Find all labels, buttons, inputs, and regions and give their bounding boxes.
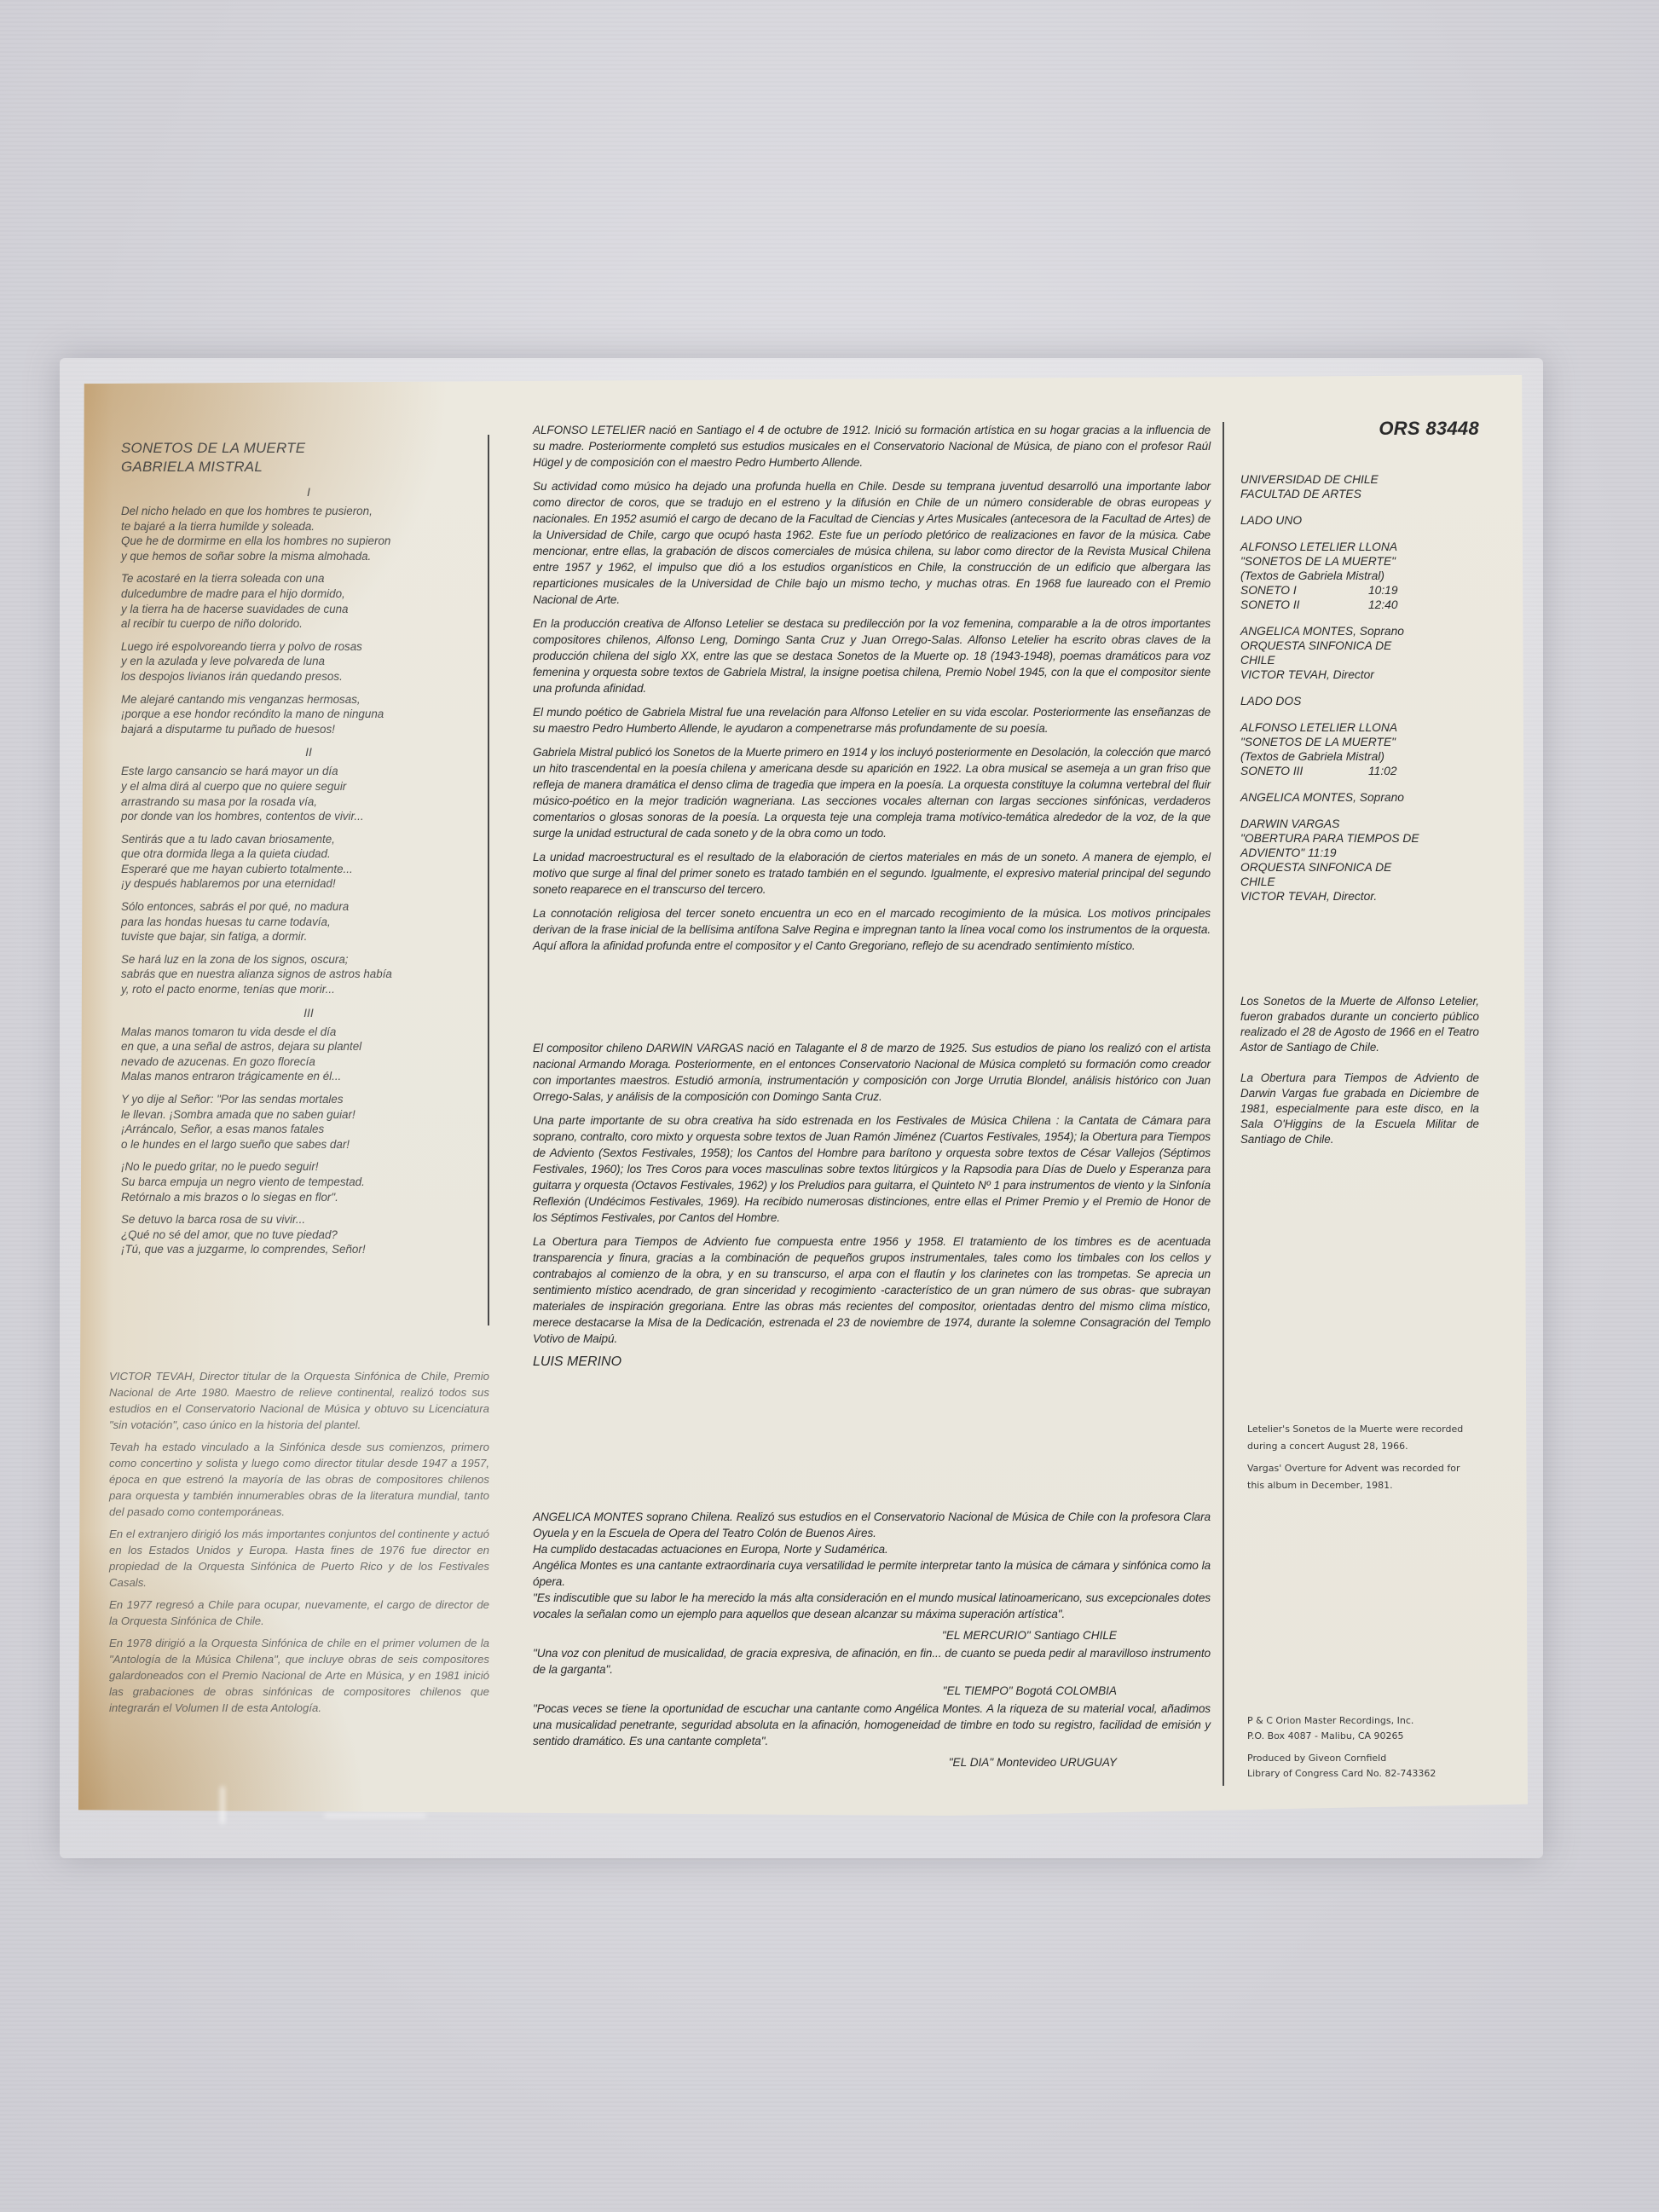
letelier-notes: ALFONSO LETELIER nació en Santiago el 4 … (533, 422, 1211, 962)
track-name: SONETO III (1240, 764, 1368, 778)
bio-paragraph: En 1978 dirigió a la Orquesta Sinfónica … (109, 1635, 489, 1716)
performer: ANGELICA MONTES, Soprano (1240, 624, 1479, 638)
poem-line: Su barca empuja un negro viento de tempe… (121, 1175, 496, 1190)
track-name: SONETO II (1240, 598, 1368, 612)
poem-line: ¡Arráncalo, Señor, a esas manos fatales (121, 1122, 496, 1137)
poem-line: y la tierra ha de hacerse suavidades de … (121, 602, 496, 617)
poem-line: le llevan. ¡Sombra amada que no saben gu… (121, 1107, 496, 1123)
poem-line: Del nicho helado en que los hombres te p… (121, 504, 496, 519)
poem-line: ¿Qué no sé del amor, que no tuve piedad? (121, 1227, 496, 1243)
poem-stanza: ¡No le puedo gritar, no le puedo seguir!… (121, 1159, 496, 1204)
poem-line: sabrás que en nuestra alianza signos de … (121, 967, 496, 982)
recording-note: Los Sonetos de la Muerte de Alfonso Lete… (1240, 994, 1479, 1055)
label-credits: P & C Orion Master Recordings, Inc.P.O. … (1247, 1713, 1494, 1788)
poem-line: y, roto el pacto enorme, tenías que mori… (121, 982, 496, 997)
poem-line: los despojos livianos irán quedando pres… (121, 669, 496, 684)
poem-line: Y yo dije al Señor: "Por las sendas mort… (121, 1092, 496, 1107)
track-name: SONETO I (1240, 583, 1368, 598)
note-paragraph: El compositor chileno DARWIN VARGAS naci… (533, 1040, 1211, 1105)
performer: ORQUESTA SINFONICA DE (1240, 638, 1479, 653)
poem-line: para las hondas huesas tu carne todavía, (121, 915, 496, 930)
poem-line: te bajaré a la tierra humilde y soleada. (121, 519, 496, 534)
bio-paragraph: Angélica Montes es una cantante extraord… (533, 1557, 1211, 1590)
performer: ORQUESTA SINFONICA DE (1240, 860, 1479, 875)
track-duration: 12:40 (1368, 598, 1398, 612)
side-label: LADO DOS (1240, 694, 1479, 708)
poem-line: Malas manos tomaron tu vida desde el día (121, 1025, 496, 1040)
poem-line: o le hundes en el largo sueño que sabes … (121, 1137, 496, 1152)
poem-body: IDel nicho helado en que los hombres te … (121, 485, 496, 1257)
note-paragraph: El mundo poético de Gabriela Mistral fue… (533, 704, 1211, 736)
work-title: "SONETOS DE LA MUERTE" (1240, 554, 1479, 569)
work-title: "OBERTURA PARA TIEMPOS DE (1240, 831, 1479, 846)
poem-line: ¡porque a ese hondor recóndito la mano d… (121, 707, 496, 722)
note-paragraph: En la producción creativa de Alfonso Let… (533, 615, 1211, 696)
poem-line: Sólo entonces, sabrás el por qué, no mad… (121, 899, 496, 915)
recording-notes-spanish: Los Sonetos de la Muerte de Alfonso Lete… (1240, 994, 1479, 1147)
poem-line: arrastrando su masa por la rosada vía, (121, 794, 496, 810)
poem-stanza: Se detuvo la barca rosa de su vivir...¿Q… (121, 1212, 496, 1257)
note-paragraph: La unidad macroestructural es el resulta… (533, 849, 1211, 898)
note-paragraph: La Obertura para Tiempos de Adviento fue… (533, 1233, 1211, 1347)
poem-stanza: Sentirás que a tu lado cavan briosamente… (121, 832, 496, 892)
review-source: "EL TIEMPO" Bogotá COLOMBIA (533, 1683, 1211, 1699)
work-texts: (Textos de Gabriela Mistral) (1240, 569, 1479, 583)
review-quote: "Una voz con plenitud de musicalidad, de… (533, 1645, 1211, 1678)
track-duration: 10:19 (1368, 583, 1398, 598)
track-duration: 11:02 (1368, 764, 1397, 778)
work-title: ADVIENTO" 11:19 (1240, 846, 1479, 860)
review-source: "EL DIA" Montevideo URUGUAY (533, 1754, 1211, 1770)
review-quote: "Es indiscutible que su labor le ha mere… (533, 1590, 1211, 1622)
poem-stanza: Malas manos tomaron tu vida desde el día… (121, 1025, 496, 1084)
bio-paragraph: VICTOR TEVAH, Director titular de la Orq… (109, 1368, 489, 1433)
recording-note: Vargas' Overture for Advent was recorded… (1247, 1460, 1476, 1494)
recording-notes-english: Letelier's Sonetos de la Muerte were rec… (1247, 1421, 1476, 1499)
performers: ANGELICA MONTES, SopranoORQUESTA SINFONI… (1240, 624, 1479, 682)
catalog-number: ORS 83448 (1240, 418, 1479, 440)
poem-stanza: Del nicho helado en que los hombres te p… (121, 504, 496, 563)
poem-stanza: Sólo entonces, sabrás el por qué, no mad… (121, 899, 496, 944)
credit-line: Library of Congress Card No. 82-743362 (1247, 1766, 1494, 1782)
poem-stanza: Y yo dije al Señor: "Por las sendas mort… (121, 1092, 496, 1152)
poem-section: SONETOS DE LA MUERTE GABRIELA MISTRAL ID… (121, 439, 496, 1265)
poem-line: Se detuvo la barca rosa de su vivir... (121, 1212, 496, 1227)
performer: CHILE (1240, 875, 1479, 889)
review-quote: "Pocas veces se tiene la oportunidad de … (533, 1701, 1211, 1749)
performer: ANGELICA MONTES, Soprano (1240, 790, 1479, 805)
composer: ALFONSO LETELIER LLONA (1240, 540, 1479, 554)
poem-stanza: Luego iré espolvoreando tierra y polvo d… (121, 639, 496, 684)
poem-line: Esperaré que me hayan cubierto totalment… (121, 862, 496, 877)
work-title: "SONETOS DE LA MUERTE" (1240, 735, 1479, 749)
performers: ANGELICA MONTES, Soprano (1240, 790, 1479, 805)
track-row: SONETO III11:02 (1240, 764, 1479, 778)
poem-line: y el alma dirá al cuerpo que no quiere s… (121, 779, 496, 794)
note-paragraph: Una parte importante de su obra creativa… (533, 1112, 1211, 1226)
work-texts: (Textos de Gabriela Mistral) (1240, 749, 1479, 764)
note-paragraph: Su actividad como músico ha dejado una p… (533, 478, 1211, 608)
column-divider-right (1223, 422, 1224, 1786)
credit-line: P & C Orion Master Recordings, Inc. (1247, 1713, 1494, 1729)
poem-line: Luego iré espolvoreando tierra y polvo d… (121, 639, 496, 655)
track-row: SONETO I10:19 (1240, 583, 1479, 598)
sleeve-glare (324, 1814, 426, 1817)
bio-paragraph: Tevah ha estado vinculado a la Sinfónica… (109, 1439, 489, 1520)
track-row: SONETO II12:40 (1240, 598, 1479, 612)
side-work: DARWIN VARGAS"OBERTURA PARA TIEMPOS DEAD… (1240, 817, 1479, 904)
poem-line: y en la azulada y leve polvareda de luna (121, 654, 496, 669)
author-signature: LUIS MERINO (533, 1354, 1211, 1370)
bio-paragraph: En 1977 regresó a Chile para ocupar, nue… (109, 1597, 489, 1629)
poem-line: tuviste que bajar, sin fatiga, a dormir. (121, 929, 496, 944)
sonnet-numeral: II (121, 745, 496, 759)
tracklist-column: ORS 83448 UNIVERSIDAD DE CHILE FACULTAD … (1240, 418, 1479, 1163)
recording-note: Letelier's Sonetos de la Muerte were rec… (1247, 1421, 1476, 1455)
recording-note: La Obertura para Tiempos de Adviento de … (1240, 1071, 1479, 1147)
institution: UNIVERSIDAD DE CHILE FACULTAD DE ARTES (1240, 472, 1479, 501)
poem-stanza: Me alejaré cantando mis venganzas hermos… (121, 692, 496, 737)
poem-line: al recibir tu cuerpo de niño dolorido. (121, 616, 496, 632)
poem-line: Este largo cansancio se hará mayor un dí… (121, 764, 496, 779)
poem-title: SONETOS DE LA MUERTE GABRIELA MISTRAL (121, 439, 496, 476)
performer: VICTOR TEVAH, Director. (1240, 889, 1479, 904)
poem-line: bajará a disputarme tu puñado de huesos! (121, 722, 496, 737)
note-paragraph: ALFONSO LETELIER nació en Santiago el 4 … (533, 422, 1211, 471)
poem-line: ¡Tú, que vas a juzgarme, lo comprendes, … (121, 1242, 496, 1257)
sleeve-glare (220, 1786, 225, 1824)
poem-line: por donde van los hombres, contentos de … (121, 809, 496, 824)
note-paragraph: Gabriela Mistral publicó los Sonetos de … (533, 744, 1211, 841)
poem-line: Te acostaré en la tierra soleada con una (121, 571, 496, 586)
bio-paragraph: Ha cumplido destacadas actuaciones en Eu… (533, 1541, 1211, 1557)
poem-line: Se hará luz en la zona de los signos, os… (121, 952, 496, 967)
sonnet-numeral: III (121, 1006, 496, 1019)
composer: ALFONSO LETELIER LLONA (1240, 720, 1479, 735)
composer: DARWIN VARGAS (1240, 817, 1479, 831)
poem-line: ¡y después hablaremos por una eternidad! (121, 876, 496, 892)
bio-paragraph: ANGELICA MONTES soprano Chilena. Realizó… (533, 1509, 1211, 1541)
poem-line: Retórnalo a mis brazos o lo siegas en fl… (121, 1190, 496, 1205)
performer: CHILE (1240, 653, 1479, 667)
poem-stanza: Te acostaré en la tierra soleada con una… (121, 571, 496, 631)
credit-line: Produced by Giveon Cornfield (1247, 1751, 1494, 1766)
poem-line: Me alejaré cantando mis venganzas hermos… (121, 692, 496, 707)
vargas-notes: El compositor chileno DARWIN VARGAS naci… (533, 1040, 1211, 1370)
sonnet-numeral: I (121, 485, 496, 499)
poem-stanza: Se hará luz en la zona de los signos, os… (121, 952, 496, 997)
poem-line: ¡No le puedo gritar, no le puedo seguir! (121, 1159, 496, 1175)
bio-paragraph: En el extranjero dirigió los más importa… (109, 1526, 489, 1591)
performer: VICTOR TEVAH, Director (1240, 667, 1479, 682)
note-paragraph: La connotación religiosa del tercer sone… (533, 905, 1211, 954)
poem-line: Que he de dormirme en ella los hombres n… (121, 534, 496, 549)
poem-line: en que, a una señal de astros, dejara su… (121, 1039, 496, 1054)
poem-line: nevado de azucenas. En gozo florecía (121, 1054, 496, 1070)
sides: LADO UNOALFONSO LETELIER LLONA"SONETOS D… (1240, 513, 1479, 904)
review-source: "EL MERCURIO" Santiago CHILE (533, 1627, 1211, 1643)
poem-line: y que hemos de soñar sobre la misma almo… (121, 549, 496, 564)
side-work: ALFONSO LETELIER LLONA"SONETOS DE LA MUE… (1240, 720, 1479, 778)
poem-line: Sentirás que a tu lado cavan briosamente… (121, 832, 496, 847)
credit-block: Produced by Giveon CornfieldLibrary of C… (1247, 1751, 1494, 1782)
montes-notes: ANGELICA MONTES soprano Chilena. Realizó… (533, 1509, 1211, 1772)
poem-stanza: Este largo cansancio se hará mayor un dí… (121, 764, 496, 823)
poem-line: que otra dormida llega a la quieta ciuda… (121, 846, 496, 862)
side-label: LADO UNO (1240, 513, 1479, 528)
poem-line: Malas manos entraron trágicamente en él.… (121, 1069, 496, 1084)
poem-line: dulcedumbre de madre para el hijo dormid… (121, 586, 496, 602)
side-work: ALFONSO LETELIER LLONA"SONETOS DE LA MUE… (1240, 540, 1479, 612)
tevah-biography: VICTOR TEVAH, Director titular de la Orq… (109, 1368, 489, 1722)
credit-block: P & C Orion Master Recordings, Inc.P.O. … (1247, 1713, 1494, 1744)
credit-line: P.O. Box 4087 - Malibu, CA 90265 (1247, 1729, 1494, 1744)
